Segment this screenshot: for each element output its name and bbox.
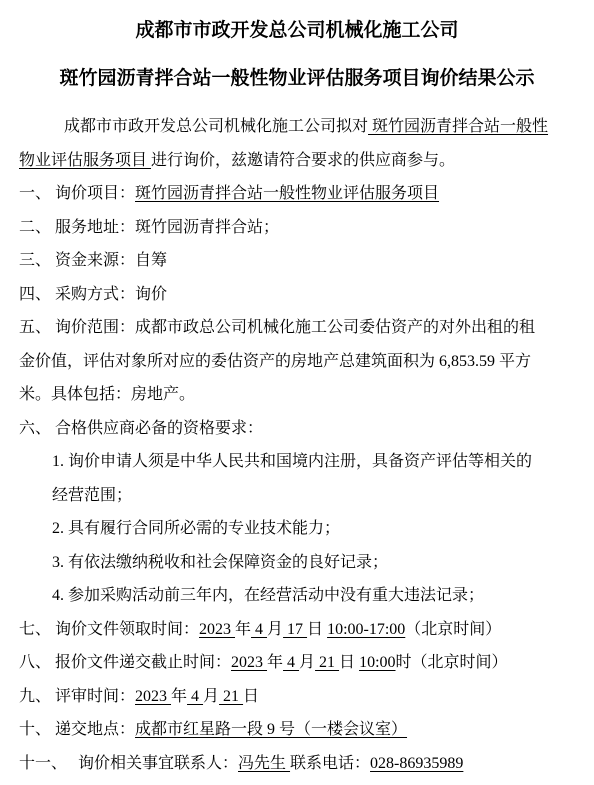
item-11-marker: 十一、 xyxy=(19,747,78,781)
document-page: 成都市市政开发总公司机械化施工公司 斑竹园沥青拌合站一般性物业评估服务项目询价结… xyxy=(0,0,594,785)
item-1-inquiry-project: 一、询价项目：斑竹园沥青拌合站一般性物业评估服务项目 xyxy=(19,177,575,211)
item-8-submission-deadline: 八、报价文件递交截止时间：2023 年 4 月 21 日 10:00时（北京时间… xyxy=(19,646,575,680)
item-7-document-collection-time: 七、询价文件领取时间：2023 年 4 月 17 日 10:00-17:00（北… xyxy=(19,613,575,647)
item-2-marker: 二、 xyxy=(19,211,55,245)
item-10-marker: 十、 xyxy=(19,713,55,747)
item-6-marker: 六、 xyxy=(19,412,55,446)
item-4-marker: 四、 xyxy=(19,278,55,312)
item-5-inquiry-scope-line-3: 米。具体包括：房地产。 xyxy=(19,378,575,412)
item-1-text: 询价项目：斑竹园沥青拌合站一般性物业评估服务项目 xyxy=(55,185,439,202)
item-11-text: 询价相关事宜联系人：冯先生 联系电话：028-86935989 xyxy=(78,755,463,772)
item-10-submission-location: 十、递交地点：成都市红星路一段 9 号（一楼会议室） xyxy=(19,713,575,747)
item-3-funding-source: 三、资金来源：自筹 xyxy=(19,244,575,278)
item-8-marker: 八、 xyxy=(19,646,55,680)
document-subtitle: 斑竹园沥青拌合站一般性物业评估服务项目询价结果公示 xyxy=(19,64,575,94)
item-9-marker: 九、 xyxy=(19,680,55,714)
requirement-4: 4. 参加采购活动前三年内，在经营活动中没有重大违法记录； xyxy=(19,579,575,613)
item-6-qualification-requirements: 六、合格供应商必备的资格要求： xyxy=(19,412,575,446)
item-1-marker: 一、 xyxy=(19,177,55,211)
requirement-3: 3. 有依法缴纳税收和社会保障资金的良好记录； xyxy=(19,546,575,580)
item-6-text: 合格供应商必备的资格要求： xyxy=(55,420,263,437)
item-8-text: 报价文件递交截止时间：2023 年 4 月 21 日 10:00时（北京时间） xyxy=(55,654,508,671)
item-4-procurement-method: 四、采购方式：询价 xyxy=(19,278,575,312)
item-5-text: 询价范围：成都市政总公司机械化施工公司委估资产的对外出租的租 xyxy=(55,319,535,336)
item-3-text: 资金来源：自筹 xyxy=(55,252,167,269)
document-title: 成都市市政开发总公司机械化施工公司 xyxy=(19,16,575,46)
requirement-1-line-1: 1. 询价申请人须是中华人民共和国境内注册，具备资产评估等相关的 xyxy=(19,445,575,479)
item-5-inquiry-scope-line-1: 五、询价范围：成都市政总公司机械化施工公司委估资产的对外出租的租 xyxy=(19,311,575,345)
requirement-1-line-2: 经营范围； xyxy=(19,479,575,513)
item-2-service-address: 二、服务地址：斑竹园沥青拌合站； xyxy=(19,211,575,245)
item-3-marker: 三、 xyxy=(19,244,55,278)
intro-paragraph-line-2: 物业评估服务项目 进行询价，兹邀请符合要求的供应商参与。 xyxy=(19,144,575,178)
item-9-text: 评审时间：2023 年 4 月 21 日 xyxy=(55,688,259,705)
item-5-inquiry-scope-line-2: 金价值，评估对象所对应的委估资产的房地产总建筑面积为 6,853.59 平方 xyxy=(19,345,575,379)
item-4-text: 采购方式：询价 xyxy=(55,286,167,303)
item-11-contact-info: 十一、询价相关事宜联系人：冯先生 联系电话：028-86935989 xyxy=(19,747,575,781)
item-5-marker: 五、 xyxy=(19,311,55,345)
intro-paragraph-line-1: 成都市市政开发总公司机械化施工公司拟对 斑竹园沥青拌合站一般性 xyxy=(19,110,575,144)
item-9-review-time: 九、评审时间：2023 年 4 月 21 日 xyxy=(19,680,575,714)
document-body: 成都市市政开发总公司机械化施工公司拟对 斑竹园沥青拌合站一般性 物业评估服务项目… xyxy=(19,110,575,780)
requirement-2: 2. 具有履行合同所必需的专业技术能力； xyxy=(19,512,575,546)
item-10-text: 递交地点：成都市红星路一段 9 号（一楼会议室） xyxy=(55,721,407,738)
item-2-text: 服务地址：斑竹园沥青拌合站； xyxy=(55,219,279,236)
item-7-marker: 七、 xyxy=(19,613,55,647)
item-7-text: 询价文件领取时间：2023 年 4 月 17 日 10:00-17:00（北京时… xyxy=(55,621,501,638)
